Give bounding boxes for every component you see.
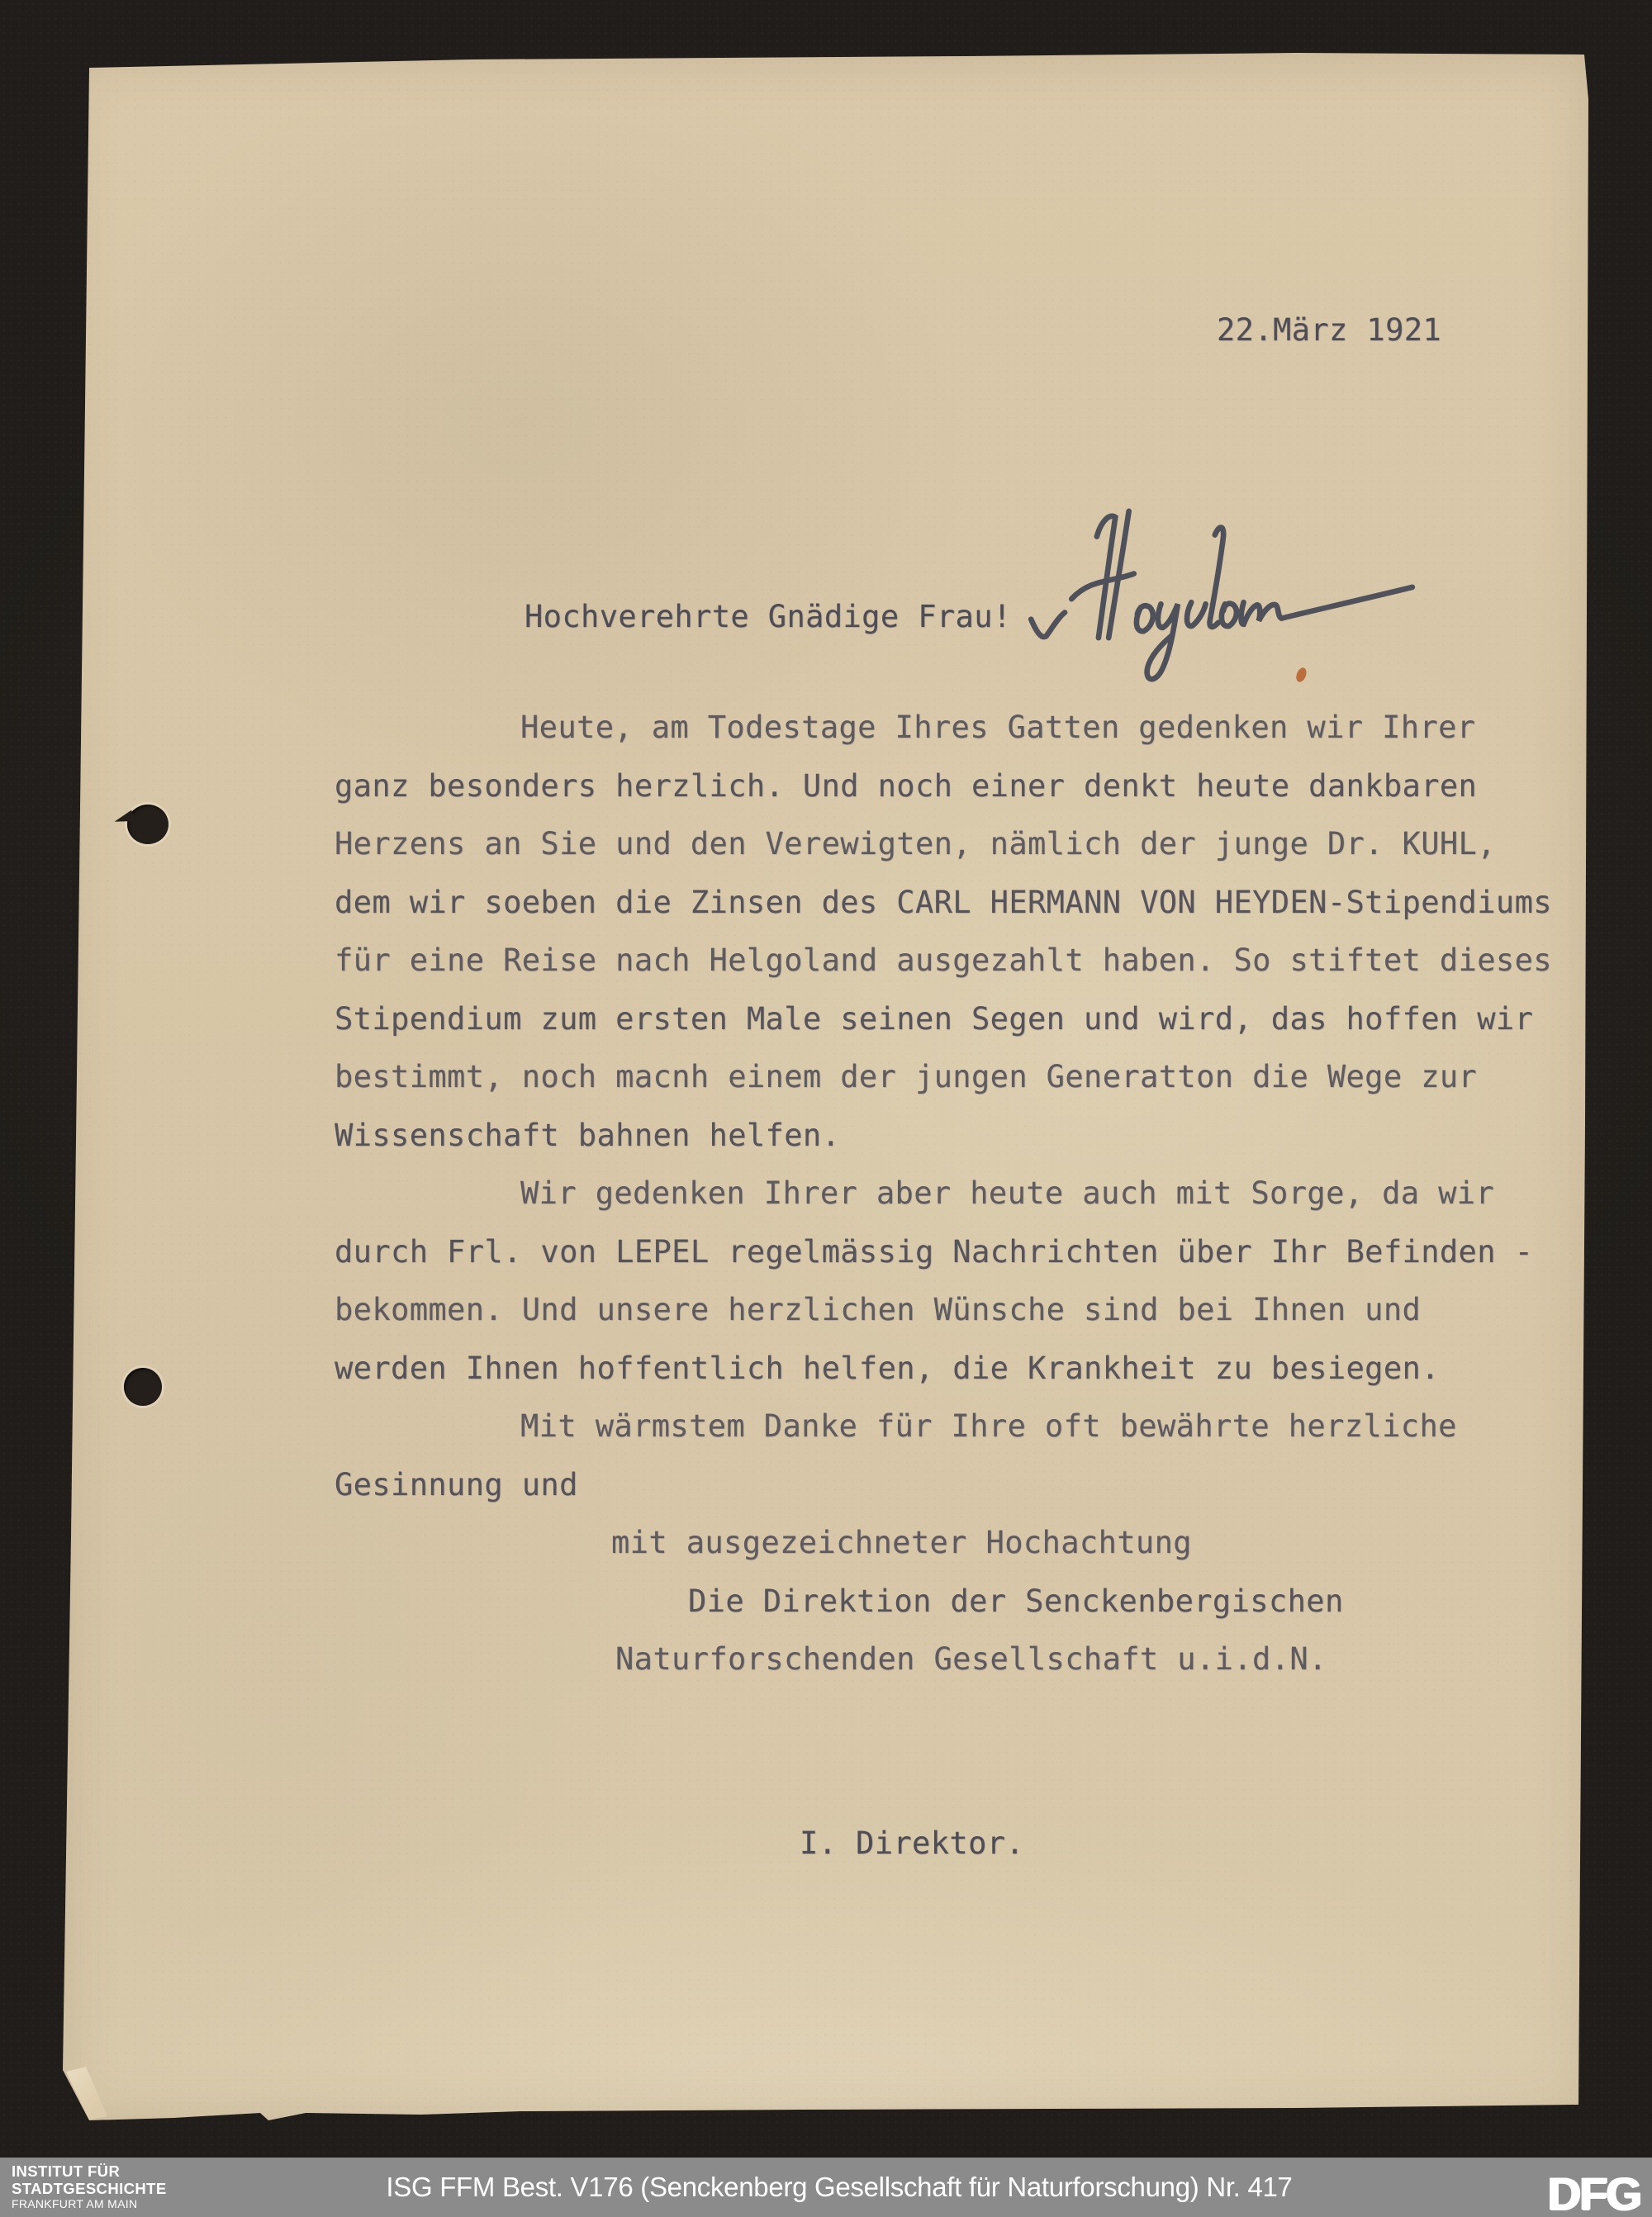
archive-scan-page: { "letter": { "date": "22.März 1921", "s… [0, 0, 1652, 2217]
letter-line: bekommen. Und unsere herzlichen Wünsche … [335, 1281, 1552, 1340]
institute-line-2: STADTGESCHICHTE [12, 2181, 167, 2198]
letter-line: dem wir soeben die Zinsen des CARL HERMA… [335, 874, 1552, 933]
handwriting-heyden-annotation [1023, 486, 1419, 700]
punch-hole-top [127, 805, 169, 844]
letter-body: Heute, am Todestage Ihres Gatten gedenke… [335, 699, 1552, 1689]
letter-line: werden Ihnen hoffentlich helfen, die Kra… [335, 1340, 1552, 1398]
letter-line: für eine Reise nach Helgoland ausgezahlt… [335, 932, 1552, 990]
letter-line: Herzens an Sie und den Verewigten, nämli… [335, 815, 1552, 874]
letter-line: Stipendium zum ersten Male seinen Segen … [335, 990, 1552, 1049]
punch-hole-bottom [124, 1368, 162, 1406]
letter-line: ganz besonders herzlich. Und noch einer … [335, 757, 1552, 816]
letter-line: mit ausgezeichneter Hochachtung [335, 1514, 1552, 1573]
letter-line: Wissenschaft bahnen helfen. [335, 1107, 1552, 1165]
letter-line: Mit wärmstem Danke für Ihre oft bewährte… [335, 1398, 1552, 1456]
letter-line: Wir gedenken Ihrer aber heute auch mit S… [335, 1165, 1552, 1223]
footer-caption: ISG FFM Best. V176 (Senckenberg Gesellsc… [386, 2172, 1292, 2203]
footer-bar: INSTITUT FÜR STADTGESCHICHTE FRANKFURT A… [0, 2158, 1652, 2217]
typed-date: 22.März 1921 [1217, 312, 1441, 348]
letter-line: Naturforschenden Gesellschaft u.i.d.N. [335, 1631, 1552, 1689]
letter-line: Gesinnung und [335, 1456, 1552, 1515]
handwriting-heyden-strokes [1023, 486, 1419, 700]
paper-sheet: 22.März 1921 Hochverehrte Gnädige Frau! [58, 50, 1594, 2124]
institute-line-3: FRANKFURT AM MAIN [12, 2198, 167, 2211]
signature-line: I. Direktor. [800, 1825, 1024, 1861]
dfg-logo: DFG [1548, 2171, 1640, 2217]
letter-line: Heute, am Todestage Ihres Gatten gedenke… [335, 699, 1552, 757]
letter-line: bestimmt, noch macnh einem der jungen Ge… [335, 1048, 1552, 1107]
letter-line: durch Frl. von LEPEL regelmässig Nachric… [335, 1223, 1552, 1282]
folded-corner [64, 2065, 112, 2123]
letter-line: Die Direktion der Senckenbergischen [335, 1573, 1552, 1631]
institute-line-1: INSTITUT FÜR [12, 2163, 167, 2181]
institute-logo: INSTITUT FÜR STADTGESCHICHTE FRANKFURT A… [12, 2163, 167, 2211]
salutation-line: Hochverehrte Gnädige Frau! [525, 599, 1012, 634]
